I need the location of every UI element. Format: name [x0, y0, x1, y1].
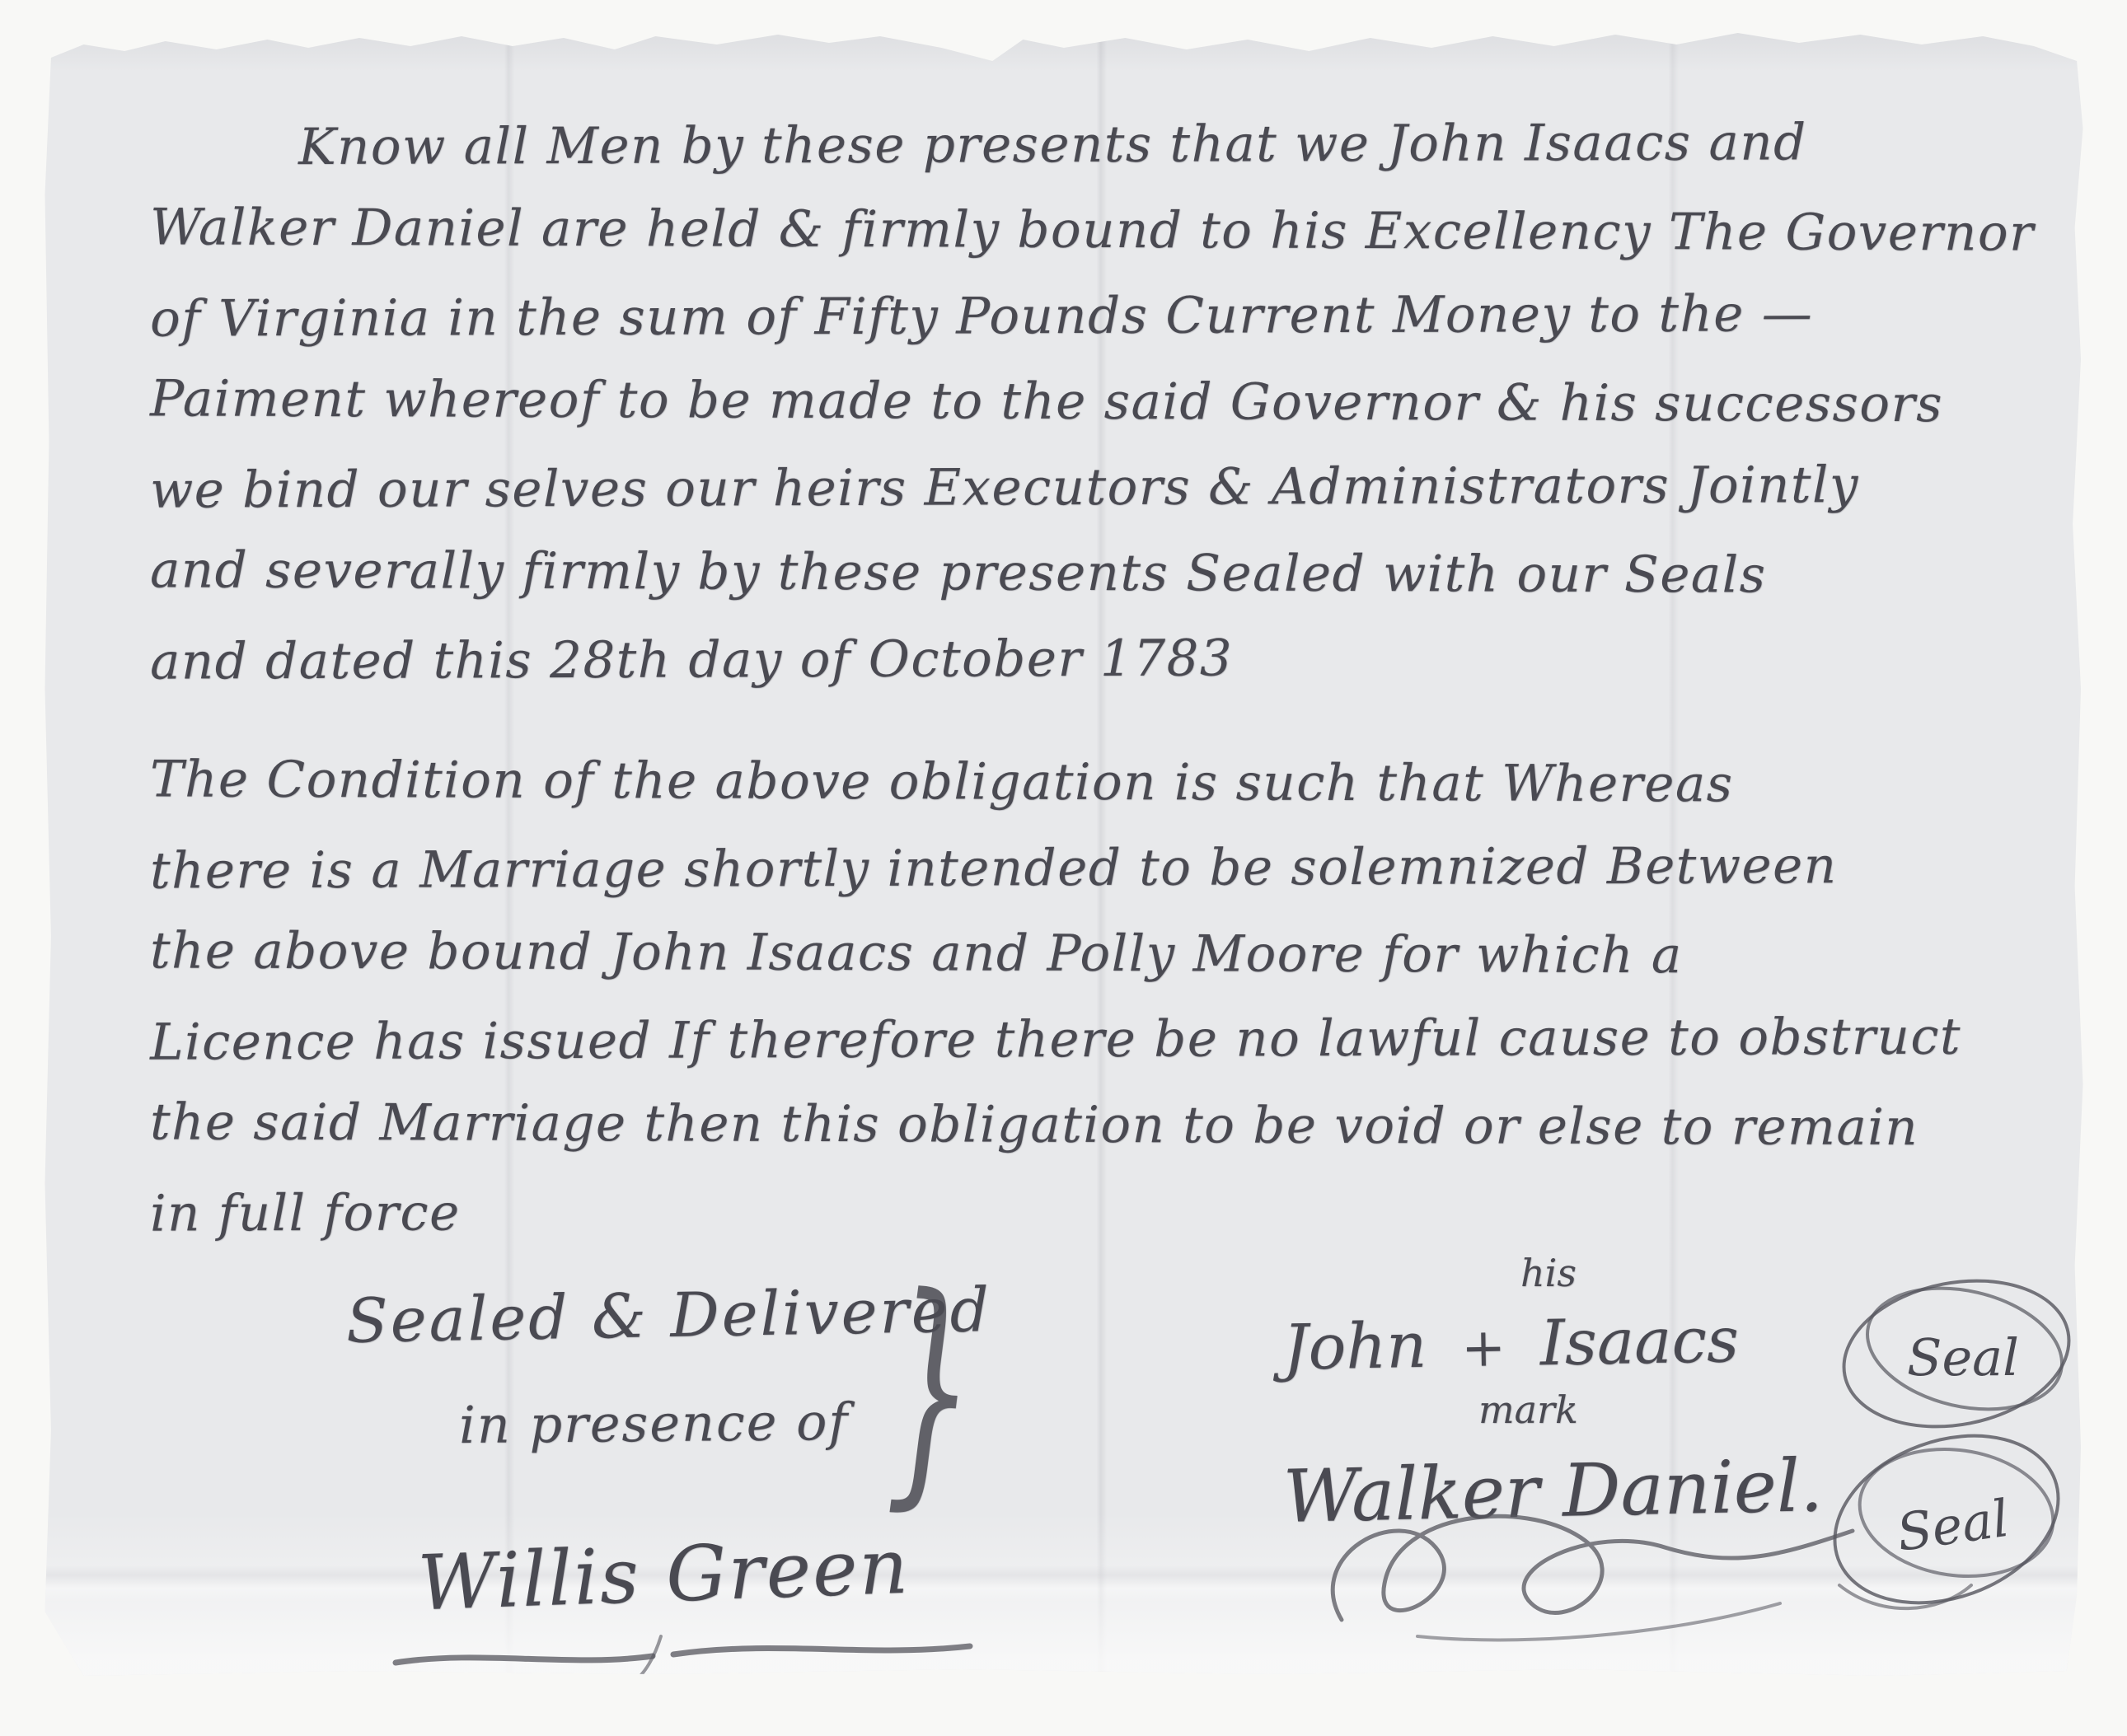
body-line-condition: The Condition of the above obligation is… — [150, 737, 2054, 828]
document-body: Know all Men by these presents that we J… — [150, 102, 2054, 1254]
witness-signature: Willis Green — [416, 1523, 911, 1628]
body-line: Licence has issued If therefore there be… — [150, 994, 2054, 1085]
attestation-brace: } — [884, 1242, 977, 1535]
seal-text: Seal — [1907, 1327, 2019, 1387]
john-seal: Seal — [1831, 1270, 2087, 1439]
body-line: there is a Marriage shortly intended to … — [150, 822, 2054, 914]
body-line: in full force — [150, 1165, 2054, 1256]
his-label: his — [1520, 1251, 1577, 1295]
attestation-in-presence-of: in presence of — [459, 1392, 850, 1455]
body-line: the above bound John Isaacs and Polly Mo… — [150, 908, 2054, 999]
john-isaacs-signature: John+Isaacs — [1282, 1303, 1739, 1384]
signature-mark-cross: + — [1461, 1317, 1506, 1379]
body-line: Walker Daniel are held & firmly bound to… — [150, 185, 2054, 276]
paper: Know all Men by these presents that we J… — [43, 30, 2085, 1678]
witness-underline-flourish — [389, 1635, 982, 1684]
john-last-name: Isaacs — [1539, 1303, 1740, 1379]
body-line-date: and dated this 28th day of October 1783 — [150, 613, 2054, 704]
signature-flourish — [1319, 1496, 1862, 1649]
scanned-document-page: { "colors": { "page_background": "#f8f8f… — [0, 0, 2127, 1736]
body-line: the said Marriage then this obligation t… — [150, 1079, 2054, 1171]
body-line: Know all Men by these presents that we J… — [150, 99, 2054, 190]
body-line: of Virginia in the sum of Fifty Pounds C… — [150, 270, 2054, 362]
john-first-name: John — [1282, 1308, 1427, 1384]
mark-label: mark — [1478, 1387, 1578, 1432]
seal-text: Seal — [1893, 1488, 2012, 1563]
body-line: and severally firmly by these presents S… — [150, 527, 2054, 619]
body-line: we bind our selves our heirs Executors &… — [150, 442, 2054, 533]
body-line: Paiment whereof to be made to the said G… — [150, 356, 2054, 447]
